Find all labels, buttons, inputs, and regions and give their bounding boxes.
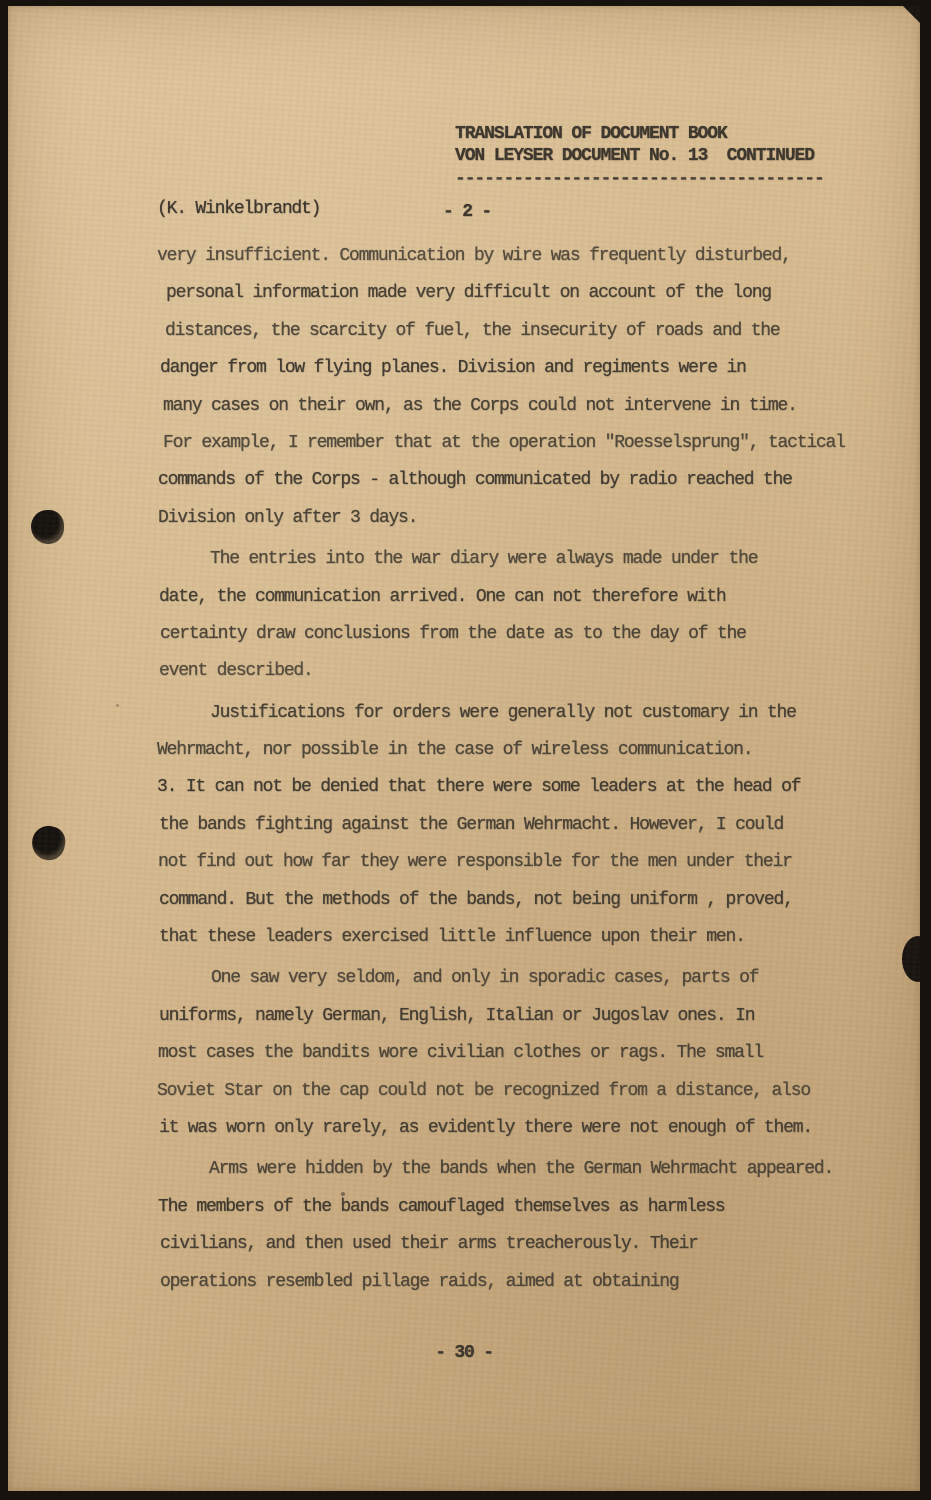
text-line: Wehrmacht, nor possible in the case of w… bbox=[157, 732, 887, 769]
text-line: uniforms, namely German, English, Italia… bbox=[159, 998, 887, 1035]
text-line: personal information made very difficult… bbox=[166, 275, 887, 312]
text-line: One saw very seldom, and only in sporadi… bbox=[163, 960, 887, 997]
text-line: civilians, and then used their arms trea… bbox=[160, 1226, 887, 1263]
text-line: command. But the methods of the bands, n… bbox=[159, 882, 887, 919]
header-separator-dashes: -------------------------------------- bbox=[455, 169, 824, 189]
text-line: distances, the scarcity of fuel, the ins… bbox=[165, 313, 887, 350]
paragraph: The entries into the war diary were alwa… bbox=[157, 541, 887, 691]
text-line: operations resembled pillage raids, aime… bbox=[160, 1264, 887, 1301]
text-line: most cases the bandits wore civilian clo… bbox=[158, 1035, 887, 1072]
text-line: The members of the bands camouflaged the… bbox=[158, 1189, 887, 1226]
paragraph: Arms were hidden by the bands when the G… bbox=[157, 1151, 887, 1301]
text-line: date, the communication arrived. One can… bbox=[159, 579, 887, 616]
scanned-page: TRANSLATION OF DOCUMENT BOOK VON LEYSER … bbox=[0, 0, 931, 1500]
dust-speck bbox=[116, 704, 119, 707]
text-line: commands of the Corps - although communi… bbox=[158, 462, 887, 499]
document-body: very insufficient. Communication by wire… bbox=[157, 238, 887, 1301]
text-line: Arms were hidden by the bands when the G… bbox=[161, 1151, 887, 1188]
text-line: event described. bbox=[159, 653, 887, 690]
header-title-line1: TRANSLATION OF DOCUMENT BOOK bbox=[455, 123, 824, 145]
document-header: TRANSLATION OF DOCUMENT BOOK VON LEYSER … bbox=[455, 123, 824, 189]
text-line: 3. It can not be denied that there were … bbox=[157, 769, 887, 806]
page-number-top: - 2 - bbox=[443, 202, 491, 222]
paragraph: very insufficient. Communication by wire… bbox=[157, 238, 887, 537]
author-annotation: (K. Winkelbrandt) bbox=[157, 199, 320, 219]
text-line: that these leaders exercised little infl… bbox=[159, 919, 887, 956]
dust-speck bbox=[708, 436, 711, 438]
top-right-corner-notch bbox=[903, 0, 931, 23]
text-line: not find out how far they were responsib… bbox=[158, 844, 887, 881]
text-line: certainty draw conclusions from the date… bbox=[160, 616, 887, 653]
text-line: it was worn only rarely, as evidently th… bbox=[159, 1110, 887, 1147]
text-line: many cases on their own, as the Corps co… bbox=[163, 388, 887, 425]
text-line: Soviet Star on the cap could not be reco… bbox=[157, 1073, 887, 1110]
right-edge-notch bbox=[902, 936, 931, 982]
text-line: For example, I remember that at the oper… bbox=[163, 425, 887, 462]
dust-speck bbox=[341, 1192, 345, 1196]
text-line: Justifications for orders were generally… bbox=[162, 695, 887, 732]
text-line: danger from low flying planes. Division … bbox=[160, 350, 887, 387]
paper-sheet: TRANSLATION OF DOCUMENT BOOK VON LEYSER … bbox=[8, 6, 920, 1491]
header-title-line2: VON LEYSER DOCUMENT No. 13 CONTINUED bbox=[455, 145, 824, 167]
text-line: The entries into the war diary were alwa… bbox=[162, 541, 887, 578]
text-line: Division only after 3 days. bbox=[158, 500, 887, 537]
punch-hole-bottom bbox=[29, 823, 68, 863]
text-line: very insufficient. Communication by wire… bbox=[157, 238, 887, 275]
text-line: the bands fighting against the German We… bbox=[159, 807, 887, 844]
punch-hole-top bbox=[31, 510, 64, 544]
page-number-bottom: - 30 - bbox=[8, 1343, 920, 1363]
paragraph: Justifications for orders were generally… bbox=[157, 695, 887, 957]
paragraph: One saw very seldom, and only in sporadi… bbox=[157, 960, 887, 1147]
